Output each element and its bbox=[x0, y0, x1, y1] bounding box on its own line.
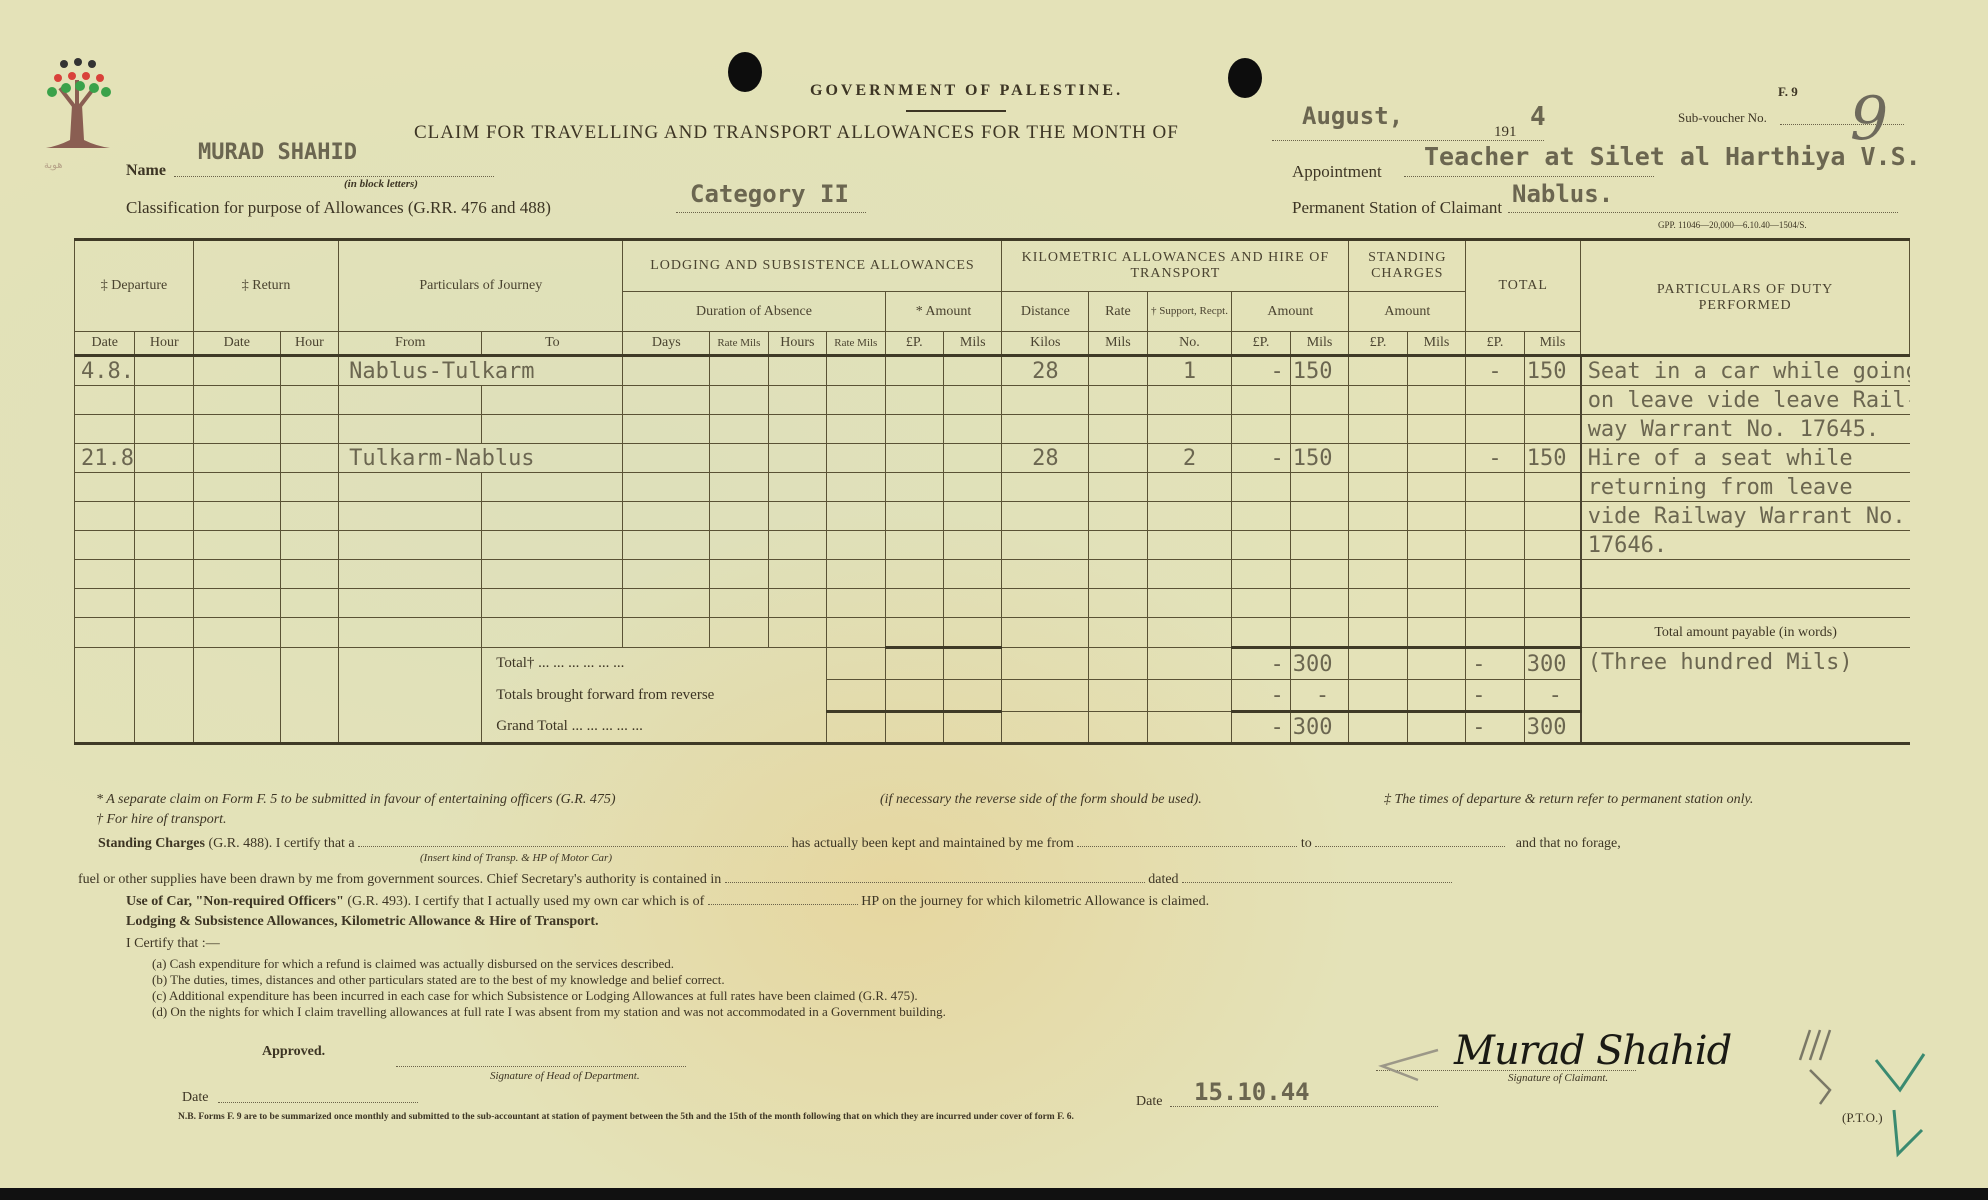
col-ret-date: Date bbox=[193, 332, 280, 356]
form-title: CLAIM FOR TRAVELLING AND TRANSPORT ALLOW… bbox=[414, 122, 1179, 144]
nb-note: N.B. Forms F. 9 are to be summarized onc… bbox=[178, 1112, 1074, 1122]
footnote-star: * A separate claim on Form F. 5 to be su… bbox=[96, 792, 616, 808]
claim-date-value: 15.10.44 bbox=[1194, 1078, 1310, 1106]
header-standing: STANDING CHARGES bbox=[1349, 240, 1466, 292]
table-row bbox=[75, 589, 1910, 618]
dated-label: dated bbox=[1148, 872, 1178, 887]
header-duty: PARTICULARS OF DUTY PERFORMED bbox=[1581, 240, 1910, 356]
appointment-label: Appointment bbox=[1292, 162, 1382, 182]
forward-total-mils: - bbox=[1524, 680, 1580, 712]
head-signature-hint: Signature of Head of Department. bbox=[490, 1070, 640, 1082]
name-hint: (in block letters) bbox=[344, 178, 418, 190]
classification-line bbox=[676, 212, 866, 213]
total-lp: - bbox=[1466, 444, 1524, 473]
dated-field[interactable] bbox=[1182, 870, 1452, 883]
header-standing-amount: Amount bbox=[1349, 292, 1466, 332]
authority-field[interactable] bbox=[725, 870, 1145, 883]
table-row: vide Railway Warrant No. bbox=[75, 502, 1910, 531]
header-lodging-amount: * Amount bbox=[885, 292, 1002, 332]
header-rate: Rate bbox=[1089, 292, 1147, 332]
scan-edge bbox=[0, 1188, 1988, 1200]
certify-item-d: (d) On the nights for which I claim trav… bbox=[152, 1004, 946, 1020]
year-prefix: 191 bbox=[1494, 124, 1517, 141]
station-line bbox=[1508, 212, 1898, 213]
check-mark-icon bbox=[1870, 1050, 1940, 1160]
to-date-field[interactable] bbox=[1315, 834, 1505, 847]
grand-total-mils: 300 bbox=[1524, 712, 1580, 744]
header-particulars: Particulars of Journey bbox=[339, 240, 623, 332]
header-return: ‡ Return bbox=[193, 240, 338, 332]
lodging-heading: Lodging & Subsistence Allowances, Kilome… bbox=[126, 914, 599, 930]
col-dep-date: Date bbox=[75, 332, 135, 356]
forward-label: Totals brought forward from reverse bbox=[482, 680, 827, 712]
name-line bbox=[174, 176, 494, 177]
claimant-signature-hint: Signature of Claimant. bbox=[1508, 1072, 1608, 1084]
col-standing-lp: £P. bbox=[1349, 332, 1407, 356]
month-value: August, bbox=[1302, 102, 1403, 130]
forward-total-lp: - bbox=[1466, 680, 1524, 712]
head-signature-line[interactable] bbox=[396, 1066, 686, 1067]
col-kilos: Kilos bbox=[1002, 332, 1089, 356]
col-rate-mils-days: Rate Mils bbox=[710, 332, 768, 356]
total-km-lp: - bbox=[1232, 648, 1290, 680]
header-support: † Support, Recpt. bbox=[1147, 292, 1232, 332]
journey: Tulkarm-Nablus bbox=[339, 444, 623, 473]
total-label: Total† ... ... ... ... ... ... bbox=[482, 648, 827, 680]
car-text-2: HP on the journey for which kilometric A… bbox=[861, 894, 1209, 909]
table-row: way Warrant No. 17645. bbox=[75, 415, 1910, 444]
grand-km-mils: 300 bbox=[1290, 712, 1349, 744]
forward-km-mils: - bbox=[1290, 680, 1349, 712]
approved-label: Approved. bbox=[262, 1044, 325, 1060]
table-row: Total amount payable (in words) bbox=[75, 618, 1910, 648]
forward-km-lp: - bbox=[1232, 680, 1290, 712]
standing-label: Standing Charges bbox=[98, 836, 205, 851]
col-lodging-mils: Mils bbox=[944, 332, 1002, 356]
logo-caption: هوية bbox=[44, 160, 63, 171]
duty-text bbox=[1581, 589, 1910, 618]
words-label: Total amount payable (in words) bbox=[1581, 618, 1910, 648]
duty-text: 17646. bbox=[1581, 531, 1910, 560]
car-text: (G.R. 493). I certify that I actually us… bbox=[347, 894, 704, 909]
station-label: Permanent Station of Claimant bbox=[1292, 198, 1502, 218]
km-mils: 150 bbox=[1290, 356, 1349, 386]
car-label: Use of Car, "Non-required Officers" bbox=[126, 894, 344, 909]
kilos: 28 bbox=[1002, 444, 1089, 473]
standing-text-2: has actually been kept and maintained by… bbox=[792, 836, 1074, 851]
col-from: From bbox=[339, 332, 482, 356]
table-row bbox=[75, 560, 1910, 589]
classification-value: Category II bbox=[690, 180, 849, 208]
tree-icon bbox=[38, 50, 118, 160]
duty-text: vide Railway Warrant No. bbox=[1581, 502, 1910, 531]
standing-charges-line: Standing Charges (G.R. 488). I certify t… bbox=[98, 834, 1621, 852]
col-support-no: No. bbox=[1147, 332, 1232, 356]
table-row: on leave vide leave Rail- bbox=[75, 386, 1910, 415]
total-total-mils: 300 bbox=[1524, 648, 1580, 680]
year-suffix: 4 bbox=[1530, 102, 1546, 132]
punch-hole bbox=[1228, 58, 1262, 98]
claimant-signature: Murad Shahid bbox=[1454, 1028, 1731, 1074]
claim-date-line bbox=[1170, 1106, 1438, 1107]
header-distance: Distance bbox=[1002, 292, 1089, 332]
claim-table: ‡ Departure ‡ Return Particulars of Jour… bbox=[74, 238, 1910, 745]
sub-voucher-label: Sub-voucher No. bbox=[1678, 110, 1767, 126]
header-km-amount: Amount bbox=[1232, 292, 1349, 332]
dep-date: 4.8.44 bbox=[75, 356, 135, 386]
total-mils: 150 bbox=[1524, 356, 1580, 386]
fuel-text: fuel or other supplies have been drawn b… bbox=[78, 872, 721, 887]
appointment-line bbox=[1404, 176, 1654, 177]
journey: Nablus-Tulkarm bbox=[339, 356, 623, 386]
kilos: 28 bbox=[1002, 356, 1089, 386]
total-total-lp: - bbox=[1466, 648, 1524, 680]
support-no: 1 bbox=[1147, 356, 1232, 386]
footnote-reverse: (if necessary the reverse side of the fo… bbox=[880, 792, 1202, 808]
col-dep-hour: Hour bbox=[135, 332, 193, 356]
initials-mark-icon bbox=[1790, 1020, 1850, 1110]
footnote-double-dagger: ‡ The times of departure & return refer … bbox=[1384, 792, 1753, 808]
standing-hint: (Insert kind of Transp. & HP of Motor Ca… bbox=[420, 852, 612, 864]
footnote-dagger: † For hire of transport. bbox=[96, 812, 227, 828]
classification-label: Classification for purpose of Allowances… bbox=[126, 198, 551, 218]
standing-text-3: and that no forage, bbox=[1516, 836, 1621, 851]
col-total-lp: £P. bbox=[1466, 332, 1524, 356]
km-lp: - bbox=[1232, 356, 1290, 386]
duty-text: on leave vide leave Rail- bbox=[1581, 386, 1910, 415]
title-rule bbox=[906, 110, 1006, 112]
table-row: returning from leave bbox=[75, 473, 1910, 502]
name-value: MURAD SHAHID bbox=[198, 140, 357, 165]
station-value: Nablus. bbox=[1512, 180, 1613, 208]
col-lodging-lp: £P. bbox=[885, 332, 943, 356]
header-departure: ‡ Departure bbox=[75, 240, 194, 332]
col-days: Days bbox=[623, 332, 710, 356]
approval-date-line[interactable] bbox=[218, 1102, 418, 1103]
duty-text: Seat in a car while going bbox=[1581, 356, 1910, 386]
certify-heading: I Certify that :— bbox=[126, 936, 220, 952]
total-row: Total† ... ... ... ... ... ... - 300 - 3… bbox=[75, 648, 1910, 680]
total-km-mils: 300 bbox=[1290, 648, 1349, 680]
header-total: TOTAL bbox=[1466, 240, 1581, 332]
support-no: 2 bbox=[1147, 444, 1232, 473]
duty-text: way Warrant No. 17645. bbox=[1581, 415, 1910, 444]
table-row: 17646. bbox=[75, 531, 1910, 560]
appointment-value: Teacher at Silet al Harthiya V.S. bbox=[1424, 142, 1921, 171]
header-kilometric: KILOMETRIC ALLOWANCES AND HIRE OF TRANSP… bbox=[1002, 240, 1349, 292]
form-number: F. 9 bbox=[1778, 84, 1798, 100]
km-mils: 150 bbox=[1290, 444, 1349, 473]
grand-total-label: Grand Total ... ... ... ... ... bbox=[482, 712, 827, 744]
car-line: Use of Car, "Non-required Officers" (G.R… bbox=[126, 892, 1209, 910]
col-hours: Hours bbox=[768, 332, 826, 356]
duty-text: Hire of a seat while bbox=[1581, 444, 1910, 473]
col-standing-mils: Mils bbox=[1407, 332, 1465, 356]
col-to: To bbox=[482, 332, 623, 356]
table-row: 21.8.44 Tulkarm-Nablus 28 2 - 150 - 150 … bbox=[75, 444, 1910, 473]
fuel-line: fuel or other supplies have been drawn b… bbox=[78, 870, 1452, 888]
grand-km-lp: - bbox=[1232, 712, 1290, 744]
col-km-mils: Mils bbox=[1290, 332, 1349, 356]
duty-text bbox=[1581, 560, 1910, 589]
col-total-mils: Mils bbox=[1524, 332, 1580, 356]
certify-item-b: (b) The duties, times, distances and oth… bbox=[152, 972, 725, 988]
duty-text: returning from leave bbox=[1581, 473, 1910, 502]
header-lodging: LODGING AND SUBSISTENCE ALLOWANCES bbox=[623, 240, 1002, 292]
certify-item-c: (c) Additional expenditure has been incu… bbox=[152, 988, 918, 1004]
header-duration: Duration of Absence bbox=[623, 292, 885, 332]
col-rate-mils: Mils bbox=[1089, 332, 1147, 356]
grand-total-lp: - bbox=[1466, 712, 1524, 744]
standing-to: to bbox=[1301, 836, 1312, 851]
total-lp: - bbox=[1466, 356, 1524, 386]
total-mils: 150 bbox=[1524, 444, 1580, 473]
transport-kind-field[interactable] bbox=[358, 834, 788, 847]
archive-logo bbox=[38, 50, 118, 160]
col-ret-hour: Hour bbox=[280, 332, 338, 356]
from-date-field[interactable] bbox=[1077, 834, 1297, 847]
col-rate-mils-hours: Rate Mils bbox=[827, 332, 885, 356]
government-title: GOVERNMENT OF PALESTINE. bbox=[810, 82, 1123, 100]
standing-text-1: (G.R. 488). I certify that a bbox=[208, 836, 354, 851]
arrow-mark-icon bbox=[1372, 1044, 1442, 1084]
date-label-right: Date bbox=[1136, 1094, 1162, 1110]
date-label-left: Date bbox=[182, 1090, 208, 1106]
name-label: Name bbox=[126, 162, 166, 180]
print-code: GPP. 11046—20,000—6.10.40—1504/S. bbox=[1658, 220, 1807, 230]
dep-date: 21.8.44 bbox=[75, 444, 135, 473]
hp-field[interactable] bbox=[708, 892, 858, 905]
table-row: 4.8.44 Nablus-Tulkarm 28 1 - 150 - 150 S… bbox=[75, 356, 1910, 386]
punch-hole bbox=[728, 52, 762, 92]
certify-item-a: (a) Cash expenditure for which a refund … bbox=[152, 956, 674, 972]
total-in-words: (Three hundred Mils) bbox=[1581, 648, 1910, 744]
km-lp: - bbox=[1232, 444, 1290, 473]
col-km-lp: £P. bbox=[1232, 332, 1290, 356]
